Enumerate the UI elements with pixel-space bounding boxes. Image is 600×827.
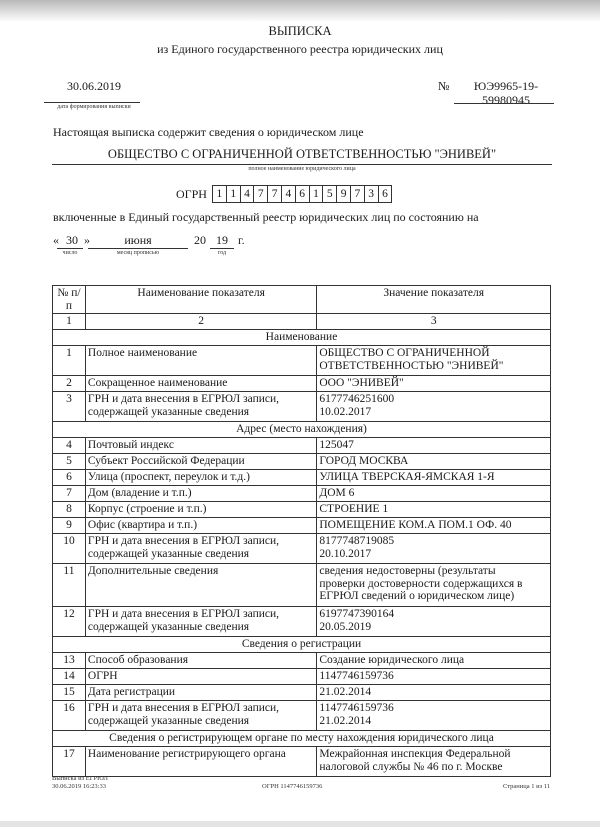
state-date-century: 20 bbox=[194, 233, 206, 248]
indicator-value: сведения недостоверны (результатыпроверк… bbox=[317, 564, 551, 607]
company-full-name: ОБЩЕСТВО С ОГРАНИЧЕННОЙ ОТВЕТСТВЕННОСТЬЮ… bbox=[52, 147, 552, 162]
indicator-value-line: налоговой службы № 46 по г. Москве bbox=[319, 761, 548, 774]
indicator-name: Дополнительные сведения bbox=[85, 564, 316, 607]
ogrn-digit-box: 1 bbox=[309, 185, 324, 203]
indicator-name: Корпус (строение и т.п.) bbox=[85, 502, 316, 518]
indicator-value: ГОРОД МОСКВА bbox=[317, 454, 551, 470]
footer-doc-name: Выписка из ЕГРЮЛ bbox=[52, 775, 108, 783]
indicator-value-line: 1147746159736 bbox=[319, 702, 548, 715]
indicator-value-line: 20.05.2019 bbox=[319, 621, 548, 634]
row-number: 8 bbox=[53, 502, 86, 518]
table-row: 1Полное наименованиеОБЩЕСТВО С ОГРАНИЧЕН… bbox=[53, 346, 551, 376]
section-header-row: Сведения о регистрирующем органе по мест… bbox=[53, 731, 551, 747]
row-number: 15 bbox=[53, 685, 86, 701]
extract-number-underline bbox=[454, 103, 554, 104]
table-row: 5Субъект Российской ФедерацииГОРОД МОСКВ… bbox=[53, 454, 551, 470]
indicator-value-line: 10.02.2017 bbox=[319, 406, 548, 419]
table-row: 12ГРН и дата внесения в ЕГРЮЛ записи, со… bbox=[53, 607, 551, 637]
indicator-value-line: ГОРОД МОСКВА bbox=[319, 455, 548, 468]
indicator-value-line: 125047 bbox=[319, 439, 548, 452]
indicator-name: Офис (квартира и т.п.) bbox=[85, 518, 316, 534]
intro-text: Настоящая выписка содержит сведения о юр… bbox=[53, 125, 364, 140]
indicator-value-line: 6197747390164 bbox=[319, 608, 548, 621]
row-number: 11 bbox=[53, 564, 86, 607]
footer-page-number: Страница 1 из 11 bbox=[503, 783, 550, 790]
state-date-month: июня bbox=[88, 233, 188, 248]
indicator-value: Межрайонная инспекция Федеральнойналогов… bbox=[317, 747, 551, 777]
section-title: Адрес (место нахождения) bbox=[53, 422, 551, 438]
indicator-value: 817774871908520.10.2017 bbox=[317, 534, 551, 564]
table-row: 7Дом (владение и т.п.)ДОМ 6 bbox=[53, 486, 551, 502]
ogrn-digit-box: 1 bbox=[212, 185, 227, 203]
section-header-row: Наименование bbox=[53, 330, 551, 346]
state-date-year: 19 bbox=[210, 233, 234, 248]
indicator-name: ГРН и дата внесения в ЕГРЮЛ записи, соде… bbox=[85, 392, 316, 422]
indicator-name: Наименование регистрирующего органа bbox=[85, 747, 316, 777]
extract-number-line1: ЮЭ9965-19- bbox=[456, 79, 556, 93]
indicator-value: 619774739016420.05.2019 bbox=[317, 607, 551, 637]
row-number: 5 bbox=[53, 454, 86, 470]
indicator-value-line: проверки достоверности содержащихся в bbox=[319, 578, 548, 591]
year-caption: год bbox=[208, 250, 236, 256]
table-row: 4Почтовый индекс125047 bbox=[53, 438, 551, 454]
month-underline bbox=[88, 248, 188, 249]
footer-left: Выписка из ЕГРЮЛ 30.06.2019 16:23:33 bbox=[52, 775, 108, 790]
column-number-1: 1 bbox=[53, 314, 86, 330]
table-row: 9Офис (квартира и т.п.)ПОМЕЩЕНИЕ КОМ.А П… bbox=[53, 518, 551, 534]
row-number: 13 bbox=[53, 653, 86, 669]
header-number: № п/п bbox=[53, 286, 86, 314]
indicator-value-line: ОБЩЕСТВО С ОГРАНИЧЕННОЙ bbox=[319, 347, 548, 360]
header-indicator-value: Значение показателя bbox=[317, 286, 551, 314]
table-row: 16ГРН и дата внесения в ЕГРЮЛ записи, со… bbox=[53, 701, 551, 731]
indicator-value-line: 1147746159736 bbox=[319, 670, 548, 683]
column-numbers-row: 1 2 3 bbox=[53, 314, 551, 330]
section-title: Сведения о регистрации bbox=[53, 637, 551, 653]
number-sign: № bbox=[438, 79, 449, 94]
table-row: 17Наименование регистрирующего органаМеж… bbox=[53, 747, 551, 777]
row-number: 16 bbox=[53, 701, 86, 731]
footer-ogrn: ОГРН 1147746159736 bbox=[262, 783, 322, 790]
indicator-name: ГРН и дата внесения в ЕГРЮЛ записи, соде… bbox=[85, 701, 316, 731]
indicator-value: УЛИЦА ТВЕРСКАЯ-ЯМСКАЯ 1-Я bbox=[317, 470, 551, 486]
indicator-value-line: ДОМ 6 bbox=[319, 487, 548, 500]
table-row: 11Дополнительные сведениясведения недост… bbox=[53, 564, 551, 607]
company-name-underline bbox=[52, 164, 552, 165]
indicator-value-line: Межрайонная инспекция Федеральной bbox=[319, 748, 548, 761]
row-number: 10 bbox=[53, 534, 86, 564]
ogrn-digit-box: 7 bbox=[253, 185, 268, 203]
section-title: Сведения о регистрирующем органе по мест… bbox=[53, 731, 551, 747]
egrul-table: № п/п Наименование показателя Значение п… bbox=[52, 285, 551, 777]
table-header-row: № п/п Наименование показателя Значение п… bbox=[53, 286, 551, 314]
generation-date: 30.06.2019 bbox=[44, 79, 144, 94]
ogrn-digit-box: 3 bbox=[364, 185, 379, 203]
table-row: 13Способ образованияСоздание юридическог… bbox=[53, 653, 551, 669]
ogrn-digit-box: 9 bbox=[336, 185, 351, 203]
indicator-value: 21.02.2014 bbox=[317, 685, 551, 701]
ogrn-digit-box: 7 bbox=[350, 185, 365, 203]
table-row: 14ОГРН1147746159736 bbox=[53, 669, 551, 685]
indicator-value-line: сведения недостоверны (результаты bbox=[319, 565, 548, 578]
indicator-name: Полное наименование bbox=[85, 346, 316, 376]
header-indicator-name: Наименование показателя bbox=[85, 286, 316, 314]
section-header-row: Сведения о регистрации bbox=[53, 637, 551, 653]
indicator-value: 617774625160010.02.2017 bbox=[317, 392, 551, 422]
indicator-name: Субъект Российской Федерации bbox=[85, 454, 316, 470]
indicator-value-line: 8177748719085 bbox=[319, 535, 548, 548]
indicator-value: Создание юридического лица bbox=[317, 653, 551, 669]
row-number: 12 bbox=[53, 607, 86, 637]
state-date-suffix: г. bbox=[238, 233, 245, 248]
row-number: 2 bbox=[53, 376, 86, 392]
section-title: Наименование bbox=[53, 330, 551, 346]
date-open-quote: « bbox=[53, 233, 59, 248]
document-title: ВЫПИСКА bbox=[0, 24, 600, 39]
indicator-name: Способ образования bbox=[85, 653, 316, 669]
company-name-caption: полное наименование юридического лица bbox=[52, 166, 552, 172]
indicator-value-line: Создание юридического лица bbox=[319, 654, 548, 667]
ogrn-digit-box: 4 bbox=[281, 185, 296, 203]
ogrn-digit-box: 4 bbox=[240, 185, 255, 203]
row-number: 9 bbox=[53, 518, 86, 534]
indicator-value-line: УЛИЦА ТВЕРСКАЯ-ЯМСКАЯ 1-Я bbox=[319, 471, 548, 484]
indicator-value: ООО "ЭНИВЕЙ" bbox=[317, 376, 551, 392]
indicator-value: ПОМЕЩЕНИЕ КОМ.А ПОМ.1 ОФ. 40 bbox=[317, 518, 551, 534]
table-row: 8Корпус (строение и т.п.)СТРОЕНИЕ 1 bbox=[53, 502, 551, 518]
indicator-value-line: ПОМЕЩЕНИЕ КОМ.А ПОМ.1 ОФ. 40 bbox=[319, 519, 548, 532]
row-number: 7 bbox=[53, 486, 86, 502]
included-text: включенные в Единый государственный реес… bbox=[53, 210, 479, 225]
indicator-value-line: ЕГРЮЛ сведений о юридическом лице) bbox=[319, 590, 548, 603]
ogrn-digit-box: 7 bbox=[267, 185, 282, 203]
month-caption: месяц прописью bbox=[88, 250, 188, 256]
ogrn-digit-box: 6 bbox=[295, 185, 310, 203]
indicator-value-line: 21.02.2014 bbox=[319, 686, 548, 699]
indicator-name: Улица (проспект, переулок и т.д.) bbox=[85, 470, 316, 486]
viewer-top-shadow bbox=[0, 0, 600, 22]
table-row: 10ГРН и дата внесения в ЕГРЮЛ записи, со… bbox=[53, 534, 551, 564]
ogrn-digit-box: 5 bbox=[322, 185, 337, 203]
indicator-name: ГРН и дата внесения в ЕГРЮЛ записи, соде… bbox=[85, 607, 316, 637]
column-number-2: 2 bbox=[85, 314, 316, 330]
row-number: 14 bbox=[53, 669, 86, 685]
row-number: 1 bbox=[53, 346, 86, 376]
section-header-row: Адрес (место нахождения) bbox=[53, 422, 551, 438]
indicator-value: 125047 bbox=[317, 438, 551, 454]
indicator-name: Почтовый индекс bbox=[85, 438, 316, 454]
state-date-day: 30 bbox=[61, 233, 83, 248]
row-number: 6 bbox=[53, 470, 86, 486]
day-caption: число bbox=[54, 250, 86, 256]
indicator-value: ОБЩЕСТВО С ОГРАНИЧЕННОЙОТВЕТСТВЕННОСТЬЮ … bbox=[317, 346, 551, 376]
table-row: 3ГРН и дата внесения в ЕГРЮЛ записи, сод… bbox=[53, 392, 551, 422]
column-number-3: 3 bbox=[317, 314, 551, 330]
indicator-name: ОГРН bbox=[85, 669, 316, 685]
indicator-value: СТРОЕНИЕ 1 bbox=[317, 502, 551, 518]
indicator-value: 1147746159736 bbox=[317, 669, 551, 685]
day-underline bbox=[57, 248, 83, 249]
ogrn-digit-boxes: 1147746159736 bbox=[213, 185, 392, 203]
indicator-value: 114774615973621.02.2014 bbox=[317, 701, 551, 731]
indicator-name: ГРН и дата внесения в ЕГРЮЛ записи, соде… bbox=[85, 534, 316, 564]
ogrn-digit-box: 1 bbox=[226, 185, 241, 203]
extract-number-line2: 59980945 bbox=[456, 93, 556, 107]
indicator-value-line: 6177746251600 bbox=[319, 393, 548, 406]
table-row: 6Улица (проспект, переулок и т.д.)УЛИЦА … bbox=[53, 470, 551, 486]
table-row: 15Дата регистрации21.02.2014 bbox=[53, 685, 551, 701]
indicator-name: Сокращенное наименование bbox=[85, 376, 316, 392]
indicator-name: Дата регистрации bbox=[85, 685, 316, 701]
generation-date-underline bbox=[44, 102, 140, 103]
ogrn-digit-box: 6 bbox=[378, 185, 393, 203]
table-row: 2Сокращенное наименованиеООО "ЭНИВЕЙ" bbox=[53, 376, 551, 392]
viewer-bottom-edge bbox=[0, 821, 600, 827]
footer-timestamp: 30.06.2019 16:23:33 bbox=[52, 783, 108, 791]
row-number: 4 bbox=[53, 438, 86, 454]
indicator-value-line: СТРОЕНИЕ 1 bbox=[319, 503, 548, 516]
indicator-value-line: ОТВЕТСТВЕННОСТЬЮ "ЭНИВЕЙ" bbox=[319, 360, 548, 373]
indicator-value-line: ООО "ЭНИВЕЙ" bbox=[319, 377, 548, 390]
indicator-value: ДОМ 6 bbox=[317, 486, 551, 502]
row-number: 17 bbox=[53, 747, 86, 777]
indicator-name: Дом (владение и т.п.) bbox=[85, 486, 316, 502]
indicator-value-line: 21.02.2014 bbox=[319, 715, 548, 728]
document-subtitle: из Единого государственного реестра юрид… bbox=[0, 42, 600, 57]
indicator-value-line: 20.10.2017 bbox=[319, 548, 548, 561]
year-underline bbox=[210, 248, 234, 249]
ogrn-label: ОГРН bbox=[176, 187, 207, 202]
generation-date-caption: дата формирования выписки bbox=[44, 104, 144, 110]
row-number: 3 bbox=[53, 392, 86, 422]
